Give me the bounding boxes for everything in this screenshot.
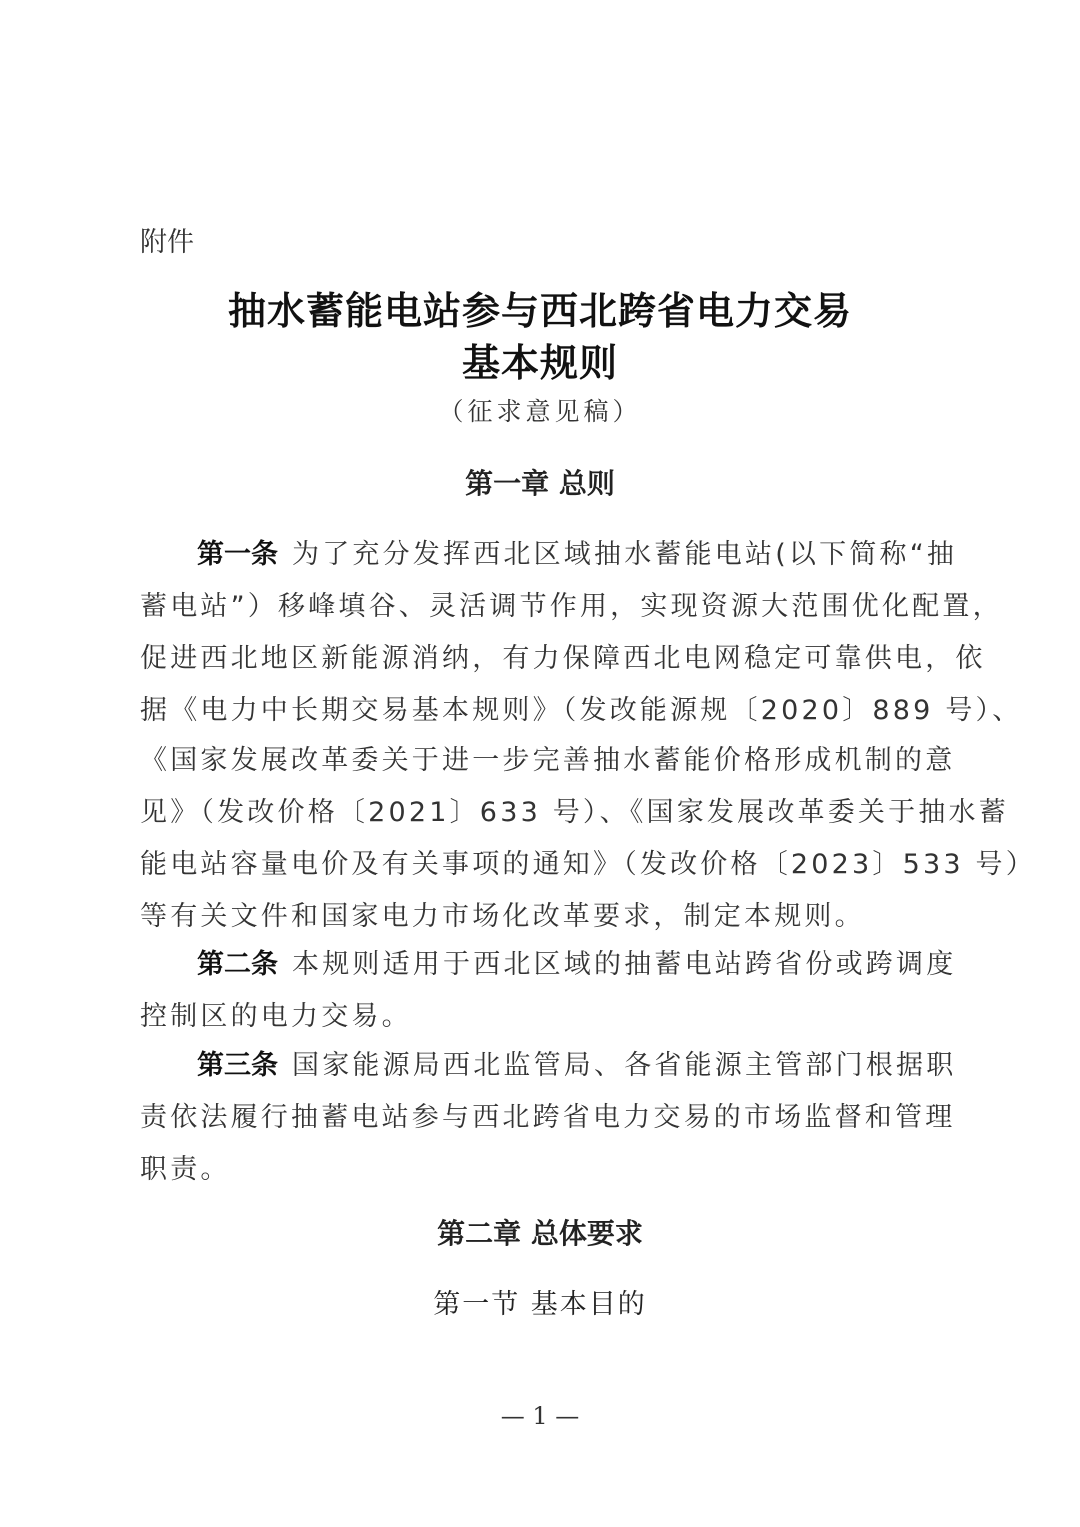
document-subtitle: （征求意见稿）	[0, 392, 1080, 428]
article-3-line: 责依法履行抽蓄电站参与西北跨省电力交易的市场监督和管理	[140, 1095, 940, 1134]
article-1-line: 能电站容量电价及有关事项的通知》（发改价格〔2023〕533 号）	[140, 842, 940, 881]
section-heading-1: 第一节 基本目的	[0, 1282, 1080, 1321]
document-title-line2: 基本规则	[0, 332, 1080, 387]
article-2-line: 第二条本规则适用于西北区域的抽蓄电站跨省份或跨调度	[197, 942, 940, 981]
article-label: 第二条	[197, 949, 278, 980]
article-1-line: 据《电力中长期交易基本规则》（发改能源规〔2020〕889 号）、	[140, 688, 940, 727]
article-1-line: 等有关文件和国家电力市场化改革要求，制定本规则。	[140, 894, 940, 933]
document-title: 抽水蓄能电站参与西北跨省电力交易	[0, 280, 1080, 335]
article-1-line: 《国家发展改革委关于进一步完善抽水蓄能价格形成机制的意	[140, 738, 940, 777]
attachment-label: 附件	[140, 220, 194, 259]
document-page: 附件 抽水蓄能电站参与西北跨省电力交易 基本规则 （征求意见稿） 第一章 总则 …	[0, 0, 1080, 1527]
article-label: 第三条	[197, 1050, 278, 1081]
article-2-line: 控制区的电力交易。	[140, 994, 940, 1033]
article-text: 国家能源局西北监管局、各省能源主管部门根据职	[292, 1050, 956, 1081]
article-text: 本规则适用于西北区域的抽蓄电站跨省份或跨调度	[292, 949, 956, 980]
article-text: 为了充分发挥西北区域抽水蓄能电站(以下简称“抽	[292, 539, 957, 570]
chapter-heading-2: 第二章 总体要求	[0, 1212, 1080, 1252]
article-1-line: 蓄电站”）移峰填谷、灵活调节作用，实现资源大范围优化配置，	[140, 584, 940, 623]
article-1-line: 第一条为了充分发挥西北区域抽水蓄能电站(以下简称“抽	[197, 532, 940, 571]
chapter-heading-1: 第一章 总则	[0, 462, 1080, 502]
article-3-line: 第三条国家能源局西北监管局、各省能源主管部门根据职	[197, 1043, 940, 1082]
article-3-line: 职责。	[140, 1147, 940, 1186]
page-number: — 1 —	[0, 1402, 1080, 1430]
article-1-line: 促进西北地区新能源消纳，有力保障西北电网稳定可靠供电，依	[140, 636, 940, 675]
article-label: 第一条	[197, 539, 278, 570]
article-1-line: 见》（发改价格〔2021〕633 号）、《国家发展改革委关于抽水蓄	[140, 790, 940, 829]
